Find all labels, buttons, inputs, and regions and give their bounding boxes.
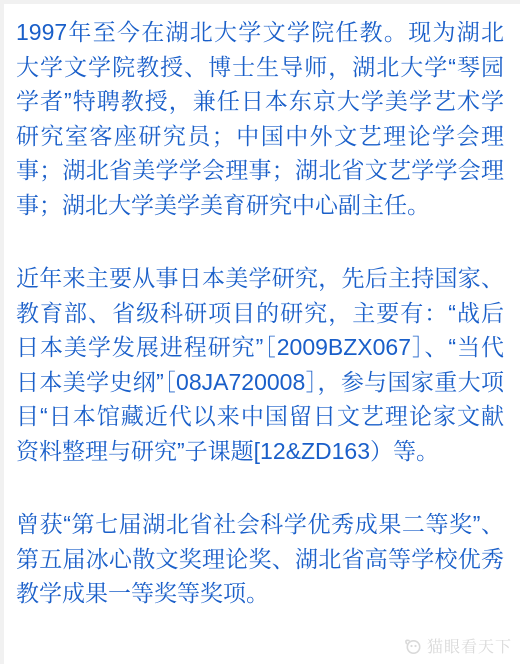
bio-paragraph-career: 1997年至今在湖北大学文学院任教。现为湖北大学文学院教授、博士生导师，湖北大学…: [16, 15, 504, 222]
bio-paragraph-awards: 曾获“第七届湖北省社会科学优秀成果二等奖”、第五届冰心散文奖理论奖、湖北省高等学…: [16, 507, 504, 611]
article-page: 1997年至今在湖北大学文学院任教。现为湖北大学文学院教授、博士生导师，湖北大学…: [0, 0, 520, 664]
bio-paragraph-research: 近年来主要从事日本美学研究，先后主持国家、教育部、省级科研项目的研究，主要有：“…: [16, 261, 504, 468]
cat-eye-logo-icon: [402, 637, 422, 655]
biography-text: 1997年至今在湖北大学文学院任教。现为湖北大学文学院教授、博士生导师，湖北大学…: [0, 0, 520, 611]
watermark-label: 猫眼看天下: [427, 634, 512, 657]
watermark: 猫眼看天下: [402, 634, 512, 657]
